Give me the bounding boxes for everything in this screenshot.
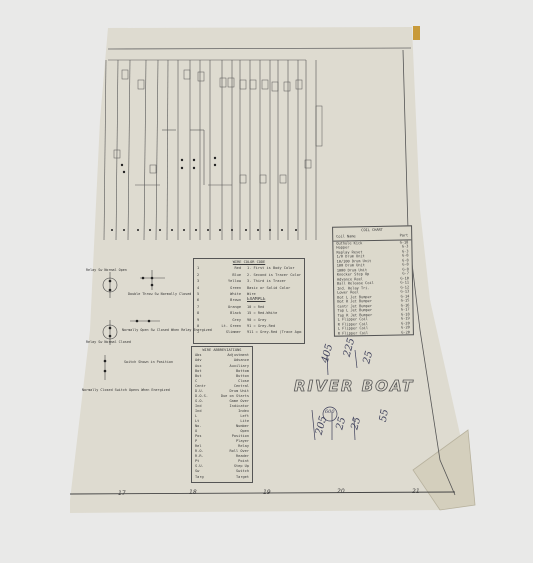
tape xyxy=(413,26,420,40)
coil-table: COIL CHART Coil NamePart Outhole KickG-1… xyxy=(332,225,414,336)
circled-number: 600 xyxy=(325,409,335,415)
grid-tick: 21 xyxy=(412,488,420,495)
document-title: RIVER BOAT xyxy=(294,377,414,395)
switch-legend-caption: Switch Shown in Position xyxy=(124,360,173,365)
abbreviations-list: AbsAdjustment AdvAdvance AuxAuxiliary Bo… xyxy=(192,353,252,479)
switch-legend-caption: Normally Open Sw Closed When Relay Energ… xyxy=(122,328,212,333)
switch-legend-caption: Normally Closed Switch Opens When Energi… xyxy=(82,388,170,393)
switch-legend-caption: Double Throw Sw Normally Closed xyxy=(128,292,191,297)
abbreviations-box: WIRE ABBREVIATIONS AbsAdjustment AdvAdva… xyxy=(191,346,253,483)
switch-legend-caption: Relay Sw Normal Open xyxy=(86,268,127,273)
switch-legend-caption: Relay Sw Normal Closed xyxy=(86,340,131,345)
grid-tick: 19 xyxy=(263,489,271,496)
grid-tick: 18 xyxy=(189,489,197,496)
example-line: 911 = Grey-Red (Trace Again) xyxy=(244,329,302,335)
pencil-note: 55 xyxy=(378,408,391,422)
coil-row: R Flipper CoilG-20 xyxy=(335,330,413,336)
photo-of-schematic: WIRE COLOR CODE 1Red 2Blue 3Yellow 4Gree… xyxy=(0,0,533,563)
grid-tick: 17 xyxy=(118,490,126,497)
grid-tick: 20 xyxy=(337,488,345,495)
